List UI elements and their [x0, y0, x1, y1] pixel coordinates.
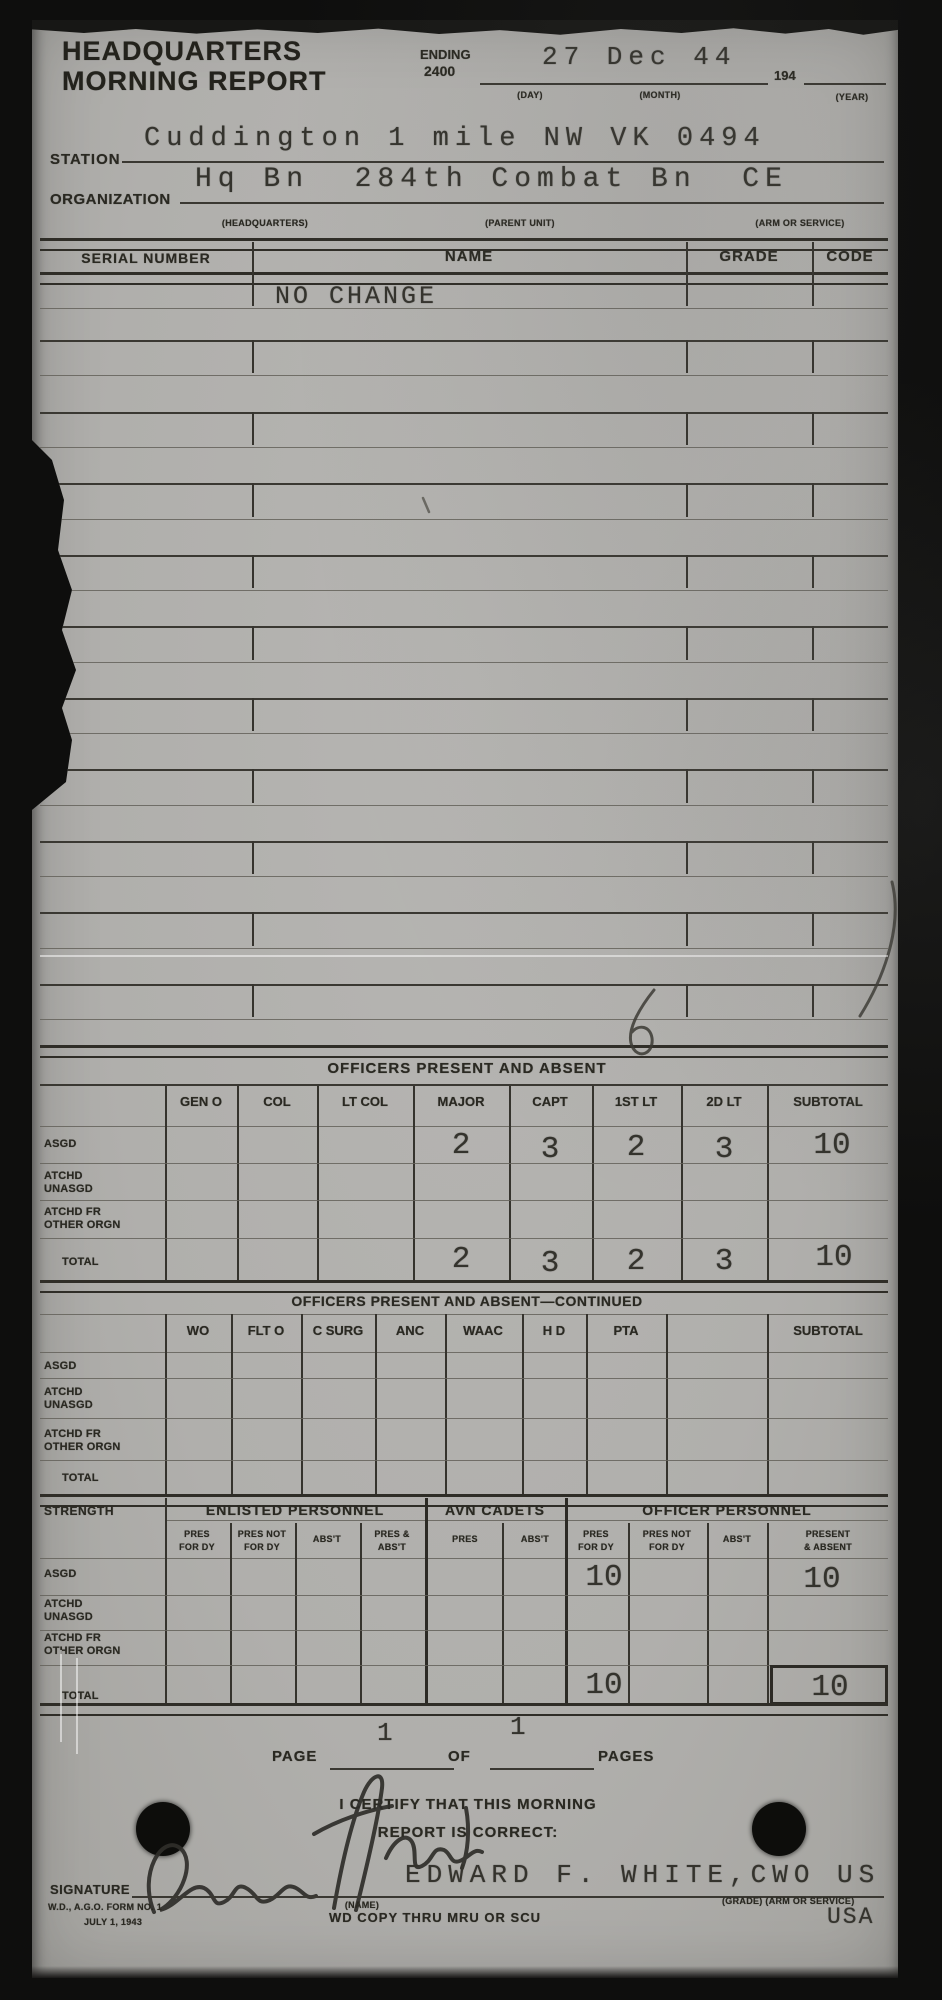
rule: [40, 1238, 888, 1239]
cont-row-atchd-fr: ATCHD FR OTHER ORGN: [44, 1428, 121, 1454]
page-blank-line: [330, 1768, 454, 1770]
column-divider: [592, 1086, 594, 1280]
column-divider: [165, 1498, 167, 1703]
column-divider: [230, 1523, 232, 1703]
strength-group-officer: OFFICER PERSONNEL: [642, 1502, 811, 1518]
strength-row-asgd: ASGD: [44, 1568, 77, 1581]
column-divider: [686, 769, 688, 803]
officers-col-subtotal: SUBTOTAL: [793, 1094, 863, 1109]
certify-statement-line2: REPORT IS CORRECT:: [378, 1824, 559, 1841]
strength-col-off-pres-for-dy: PRES FOR DY: [578, 1528, 614, 1554]
month-label: (MONTH): [639, 90, 680, 100]
column-divider: [413, 1086, 415, 1280]
rule: [40, 1280, 888, 1293]
column-divider: [252, 412, 254, 445]
rule: [40, 1126, 888, 1127]
rule: [40, 1595, 888, 1596]
paper-sheet: HEADQUARTERS MORNING REPORT ENDING 2400 …: [32, 20, 898, 1978]
column-divider: [812, 912, 814, 946]
station-typed-value: Cuddington 1 mile NW VK 0494: [144, 124, 766, 154]
column-divider: [252, 841, 254, 874]
column-divider: [445, 1314, 447, 1494]
officers-row-atchd-fr: ATCHD FR OTHER ORGN: [44, 1206, 121, 1232]
column-divider: [767, 1314, 769, 1494]
cont-row-atchd-unasgd: ATCHD UNASGD: [44, 1386, 93, 1412]
arm-service-label: (ARM OR SERVICE): [755, 218, 844, 228]
strength-row-atchd-fr: ATCHD FR OTHER ORGN: [44, 1632, 121, 1658]
rule: [40, 447, 888, 448]
column-divider: [812, 242, 814, 306]
page-number-typed: 1: [377, 1718, 393, 1748]
strength-header: STRENGTH: [44, 1504, 114, 1518]
column-divider: [812, 340, 814, 373]
column-divider: [252, 340, 254, 373]
column-divider: [317, 1086, 319, 1280]
cont-col-subtotal: SUBTOTAL: [793, 1323, 863, 1338]
column-divider: [686, 626, 688, 660]
rule: [40, 626, 888, 628]
rule: [40, 1045, 888, 1058]
rule: [40, 412, 888, 414]
page-label: PAGE: [272, 1748, 317, 1765]
year-label: (YEAR): [836, 92, 869, 102]
rule: [40, 948, 888, 949]
rule: [40, 662, 888, 663]
column-divider: [812, 841, 814, 874]
typed-name: EDWARD F. WHITE,CWO US: [405, 1860, 880, 1890]
punch-hole-right: [752, 1802, 806, 1856]
officers-col-2d-lt: 2D LT: [706, 1094, 741, 1109]
column-divider: [686, 340, 688, 373]
officers-row-asgd: ASGD: [44, 1138, 77, 1151]
rule: [40, 1378, 888, 1379]
of-label: OF: [448, 1748, 471, 1765]
officers-total-1st-lt: 2: [627, 1244, 646, 1279]
rule: [40, 912, 888, 914]
officers-total-capt: 3: [541, 1246, 560, 1281]
column-divider: [509, 1086, 511, 1280]
column-divider: [360, 1523, 362, 1703]
roster-col-name: NAME: [445, 248, 493, 265]
cont-row-total: TOTAL: [62, 1472, 99, 1485]
name-caption: (NAME): [345, 1900, 379, 1910]
rule: [40, 555, 888, 557]
rule: [40, 519, 888, 520]
cont-row-asgd: ASGD: [44, 1360, 77, 1373]
rule: [40, 272, 888, 285]
column-divider: [628, 1523, 630, 1703]
column-divider: [812, 412, 814, 445]
cont-col-flt-o: FLT O: [248, 1323, 285, 1338]
column-divider: [686, 555, 688, 588]
copy-routing-note: WD COPY THRU MRU OR SCU: [329, 1910, 541, 1925]
rule: [40, 876, 888, 877]
form-title-line1: HEADQUARTERS: [62, 36, 302, 67]
strength-group-enlisted: ENLISTED PERSONNEL: [206, 1502, 384, 1518]
cont-col-wo: WO: [187, 1323, 209, 1338]
strength-col-avn-abst: ABS'T: [521, 1534, 549, 1544]
column-divider: [812, 555, 814, 588]
column-divider: [681, 1086, 683, 1280]
rule: [40, 984, 888, 986]
rule: [40, 308, 888, 309]
column-divider: [375, 1314, 377, 1494]
rule: [40, 1084, 888, 1086]
officers-col-1st-lt: 1ST LT: [615, 1094, 657, 1109]
column-divider: [502, 1523, 504, 1703]
column-divider: [707, 1523, 709, 1703]
rule: [40, 805, 888, 806]
officers-col-lt-col: LT COL: [342, 1094, 388, 1109]
rule: [40, 1703, 888, 1716]
rule: [40, 375, 888, 376]
strength-group-avn-cadets: AVN CADETS: [445, 1502, 545, 1518]
column-divider: [686, 912, 688, 946]
strength-col-avn-pres: PRES: [452, 1534, 478, 1544]
rule: [40, 1314, 888, 1315]
column-divider: [252, 984, 254, 1017]
officers-asgd-major: 2: [452, 1128, 471, 1163]
column-divider: [686, 412, 688, 445]
column-divider: [686, 483, 688, 517]
cont-col-pta: PTA: [613, 1323, 638, 1338]
bottom-edge-shadow: [32, 1966, 898, 1978]
column-divider: [252, 555, 254, 588]
officers-total-major: 2: [452, 1242, 471, 1277]
ending-time: 2400: [424, 63, 455, 79]
column-divider: [165, 1086, 167, 1280]
form-number: W.D., A.G.O. FORM NO. 1: [48, 1902, 162, 1912]
rule: [40, 590, 888, 591]
year-prefix: 194: [774, 68, 796, 83]
column-divider: [522, 1314, 524, 1494]
rule: [40, 1352, 888, 1353]
form-date: JULY 1, 1943: [84, 1917, 142, 1927]
column-divider: [812, 698, 814, 731]
station-label: STATION: [50, 151, 121, 168]
rule: [40, 1200, 888, 1201]
officers-asgd-1st-lt: 2: [627, 1130, 646, 1165]
column-divider: [295, 1523, 297, 1703]
scratch-artifact: [60, 1650, 62, 1742]
organization-blank-line: [180, 202, 884, 204]
column-divider: [252, 912, 254, 946]
cont-col-waac: WAAC: [463, 1323, 503, 1338]
column-divider: [812, 769, 814, 803]
column-divider: [565, 1498, 568, 1703]
column-divider: [252, 483, 254, 517]
column-divider: [231, 1314, 233, 1494]
signature-label: SIGNATURE: [50, 1882, 130, 1897]
strength-col-enl-abst: ABS'T: [313, 1534, 341, 1544]
rule: [40, 698, 888, 700]
day-label: (DAY): [517, 90, 543, 100]
officers-col-major: MAJOR: [438, 1094, 485, 1109]
strength-col-enl-pres-abst: PRES & ABS'T: [374, 1528, 409, 1554]
station-blank-line: [122, 161, 884, 163]
column-divider: [666, 1314, 668, 1494]
strength-col-off-present-absent: PRESENT & ABSENT: [804, 1528, 852, 1554]
column-divider: [252, 626, 254, 660]
strength-total-officer-pres-value: 10: [585, 1668, 622, 1703]
strength-asgd-present-absent-value: 10: [803, 1562, 840, 1597]
rule: [40, 483, 888, 485]
column-divider: [586, 1314, 588, 1494]
officers-row-atchd-unasgd: ATCHD UNASGD: [44, 1170, 93, 1196]
strength-asgd-officer-pres-value: 10: [585, 1560, 622, 1595]
strength-col-enl-pres-for-dy: PRES FOR DY: [179, 1528, 215, 1554]
officers-table-title: OFFICERS PRESENT AND ABSENT: [327, 1060, 606, 1077]
strength-row-atchd-unasgd: ATCHD UNASGD: [44, 1598, 93, 1624]
strength-total-present-absent-value: 10: [811, 1670, 848, 1705]
scratch-artifact: [40, 955, 888, 957]
column-divider: [252, 769, 254, 803]
column-divider: [812, 483, 814, 517]
officers-total-2d-lt: 3: [715, 1244, 734, 1279]
form-title-line2: MORNING REPORT: [62, 66, 327, 97]
certify-statement-line1: I CERTIFY THAT THIS MORNING: [339, 1796, 596, 1813]
officers-col-capt: CAPT: [532, 1094, 567, 1109]
roster-col-serial: SERIAL NUMBER: [81, 250, 210, 266]
column-divider: [237, 1086, 239, 1280]
organization-label: ORGANIZATION: [50, 191, 171, 208]
cont-col-anc: ANC: [396, 1323, 424, 1338]
rule: [40, 1019, 888, 1020]
column-divider: [767, 1523, 769, 1703]
strength-row-total: TOTAL: [62, 1690, 99, 1703]
rule: [165, 1520, 888, 1521]
rule: [40, 1418, 888, 1419]
column-divider: [812, 626, 814, 660]
strength-col-off-abst: ABS'T: [723, 1534, 751, 1544]
column-divider: [812, 984, 814, 1017]
arm-service-typed: USA: [827, 1904, 874, 1930]
rule: [40, 1558, 888, 1559]
strength-col-off-pres-not: PRES NOT FOR DY: [643, 1528, 691, 1554]
column-divider: [686, 698, 688, 731]
organization-typed-value: Hq Bn 284th Combat Bn CE: [195, 164, 788, 195]
officers-col-gen-o: GEN O: [180, 1094, 222, 1109]
cont-col-h-d: H D: [543, 1323, 565, 1338]
column-divider: [252, 698, 254, 731]
column-divider: [686, 841, 688, 874]
roster-col-code: CODE: [826, 248, 873, 265]
headquarters-label: (HEADQUARTERS): [222, 218, 308, 228]
roster-col-grade: GRADE: [719, 248, 778, 265]
column-divider: [252, 242, 254, 306]
officers-total-subtotal: 10: [815, 1240, 852, 1275]
column-divider: [165, 1314, 167, 1494]
column-divider: [686, 242, 688, 306]
officers-col-col: COL: [263, 1094, 290, 1109]
date-blank-line: [480, 83, 768, 85]
date-typed-value: 27 Dec 44: [542, 42, 736, 72]
officers-asgd-subtotal: 10: [813, 1128, 850, 1163]
roster-entry-no-change: NO CHANGE: [275, 282, 437, 311]
rule: [40, 1665, 888, 1666]
rule: [40, 1163, 888, 1164]
ending-label: ENDING: [420, 47, 471, 62]
punch-hole-left: [136, 1802, 190, 1856]
pages-number-typed: 1: [510, 1712, 526, 1742]
scratch-artifact: [76, 1658, 78, 1754]
officers-continued-title: OFFICERS PRESENT AND ABSENT—CONTINUED: [291, 1293, 642, 1309]
officers-asgd-2d-lt: 3: [715, 1132, 734, 1167]
rule: [40, 733, 888, 734]
officers-row-total: TOTAL: [62, 1256, 99, 1269]
column-divider: [767, 1086, 769, 1280]
scanned-morning-report: HEADQUARTERS MORNING REPORT ENDING 2400 …: [0, 0, 942, 2000]
officers-asgd-capt: 3: [541, 1132, 560, 1167]
strength-col-enl-pres-not: PRES NOT FOR DY: [238, 1528, 286, 1554]
rule: [40, 769, 888, 771]
year-blank-line: [804, 83, 886, 85]
column-divider: [425, 1498, 428, 1703]
rule: [40, 1630, 888, 1631]
cont-col-c-surg: C SURG: [313, 1323, 364, 1338]
pages-blank-line: [490, 1768, 594, 1770]
column-divider: [301, 1314, 303, 1494]
rule: [40, 340, 888, 342]
pages-label: PAGES: [598, 1748, 654, 1765]
column-divider: [686, 984, 688, 1017]
parent-unit-label: (PARENT UNIT): [485, 218, 555, 228]
rule: [40, 841, 888, 843]
rule: [40, 1460, 888, 1461]
